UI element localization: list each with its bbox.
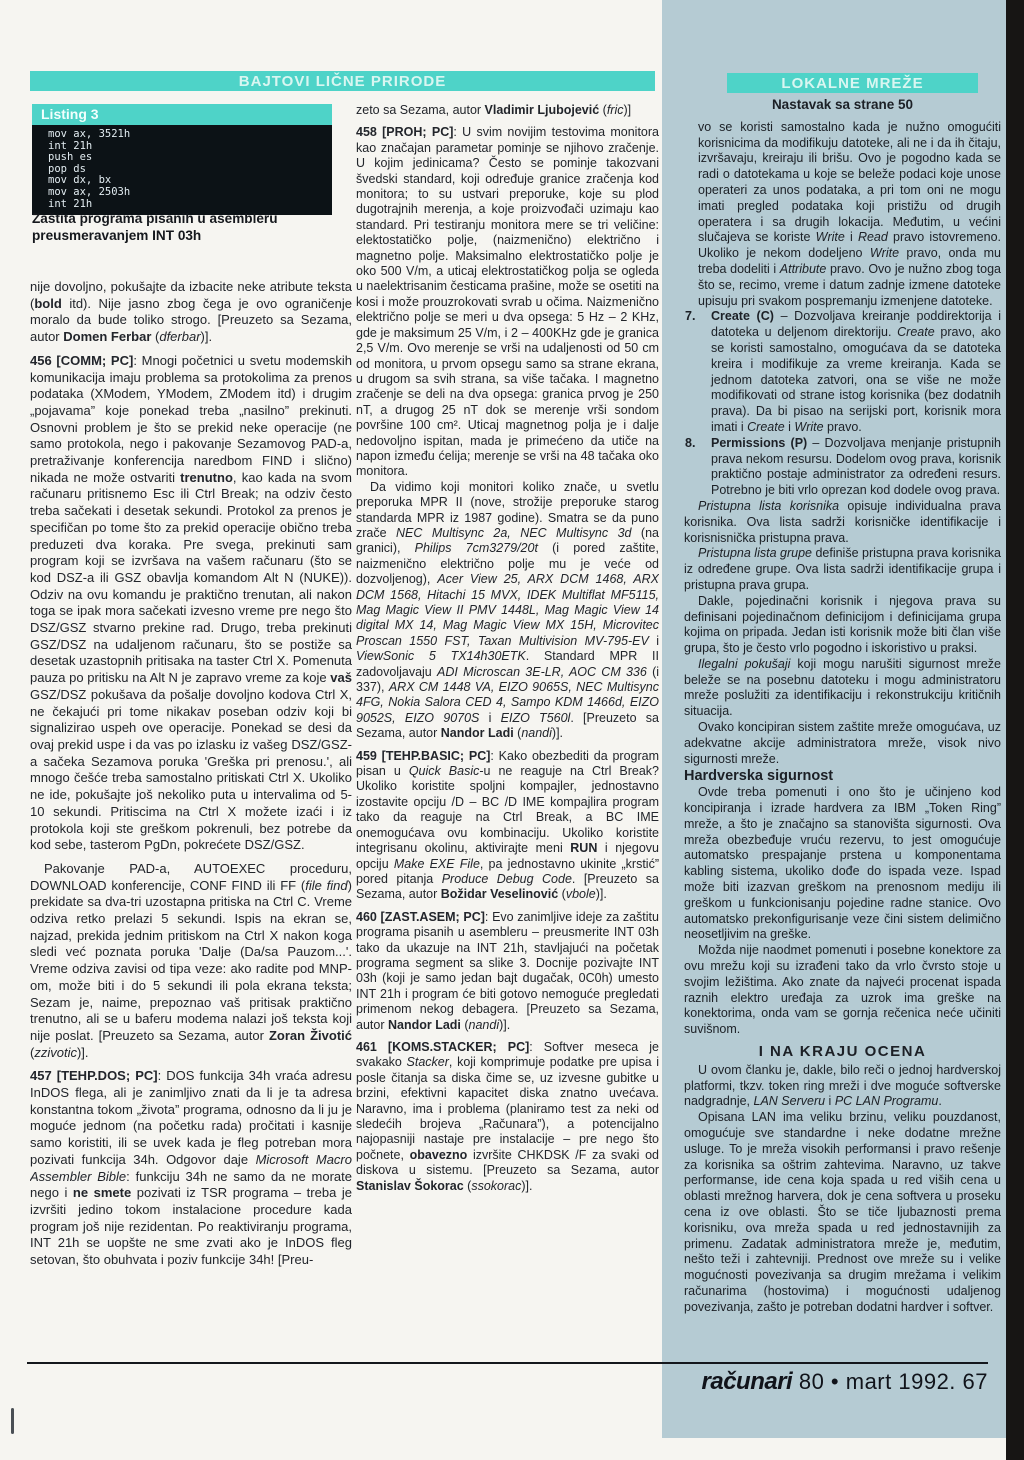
- paragraph: Pristupna lista grupe definiše pristupna…: [684, 546, 1001, 593]
- text-segment: Quick Basic: [409, 764, 480, 778]
- text-segment: )].: [499, 1018, 510, 1032]
- text-segment: , koji komprimuje podatke pre upisa i po…: [356, 1055, 659, 1161]
- text-segment: Domen Ferbar: [63, 329, 151, 344]
- text-segment: Create (C): [711, 309, 774, 323]
- text-segment: Pristupna lista korisnika: [698, 499, 839, 513]
- text-segment: : Evo zanimljive ideje za zaštitu progra…: [356, 910, 659, 1032]
- text-segment: , kao kada na svom računaru pritisnemo E…: [30, 470, 352, 685]
- text-segment: Vladimir Ljubojević: [485, 103, 600, 117]
- text-segment: Write: [794, 420, 823, 434]
- continuation-note: Nastavak sa strane 50: [684, 97, 1001, 113]
- text-segment: 456 [COMM; PC]: [30, 353, 133, 368]
- text-segment: Pristupna lista grupe: [698, 546, 812, 560]
- text-segment: obavezno: [410, 1148, 468, 1162]
- section-header-lokalne-mreze: LOKALNE MREŽE: [727, 73, 978, 93]
- text-segment: i: [479, 711, 500, 725]
- text-segment: Read: [858, 230, 888, 244]
- text-segment: Nandor Ladi: [441, 726, 514, 740]
- text-segment: (: [558, 887, 566, 901]
- column-middle: zeto sa Sezama, autor Vladimir Ljubojevi…: [356, 103, 659, 1359]
- text-segment: Write: [816, 230, 845, 244]
- text-segment: ssokorac: [471, 1179, 521, 1193]
- list-number: 8.: [685, 436, 695, 452]
- paragraph: 459 [TEHP.BASIC; PC]: Kako obezbediti da…: [356, 749, 659, 903]
- paragraph: 461 [KOMS.STACKER; PC]: Softver meseca j…: [356, 1040, 659, 1194]
- text-segment: )].: [201, 329, 213, 344]
- text-segment: Božidar Veselinović: [441, 887, 558, 901]
- text-segment: fric: [607, 103, 624, 117]
- scan-edge: [1006, 0, 1024, 1460]
- paragraph: Ovako koncipiran sistem zaštite mreže om…: [684, 720, 1001, 767]
- text-segment: i: [825, 1094, 835, 1108]
- text-segment: Nastavak sa strane 50: [772, 97, 913, 112]
- text-segment: i: [649, 634, 659, 648]
- text-segment: )].: [596, 887, 607, 901]
- magazine-logo: računari: [702, 1368, 793, 1395]
- text-segment: ) prekidate sa dva-tri uzostapna pritisk…: [30, 878, 352, 1043]
- text-segment: nandi: [521, 726, 552, 740]
- text-segment: ViewSonic 5 TX14h30ETK: [356, 649, 526, 663]
- text-segment: Pakovanje PAD-a, AUTOEXEC proceduru, DOW…: [30, 861, 352, 893]
- text-segment: pravo, ako se koristi samostalno, omoguć…: [711, 325, 1001, 434]
- section-header-bajtovi-label: BAJTOVI LIČNE PRIRODE: [239, 73, 446, 90]
- text-segment: trenutno: [180, 470, 233, 485]
- numbered-item: 8.Permissions (P) – Dozvoljava menjanje …: [684, 436, 1001, 499]
- text-segment: Možda nije naodmet pomenuti i posebne ko…: [684, 943, 1001, 1036]
- paragraph: 457 [TEHP.DOS; PC]: DOS funkcija 34h vra…: [30, 1068, 352, 1268]
- paragraph: Ovde treba pomenuti i ono što je učinjen…: [684, 785, 1001, 943]
- listing-3-box: Listing 3 mov ax, 3521h int 21h push es …: [32, 104, 332, 215]
- magazine-page: BAJTOVI LIČNE PRIRODE LOKALNE MREŽE List…: [0, 0, 1024, 1460]
- text-segment: Dakle, pojedinačni korisnik i njegova pr…: [684, 594, 1001, 655]
- listing-caption: Zaštita programa pisanih u asembleru pre…: [32, 210, 356, 244]
- text-segment: (: [599, 103, 607, 117]
- text-segment: nandi: [469, 1018, 500, 1032]
- paragraph: Opisana LAN ima veliku brzinu, veliku po…: [684, 1110, 1001, 1315]
- paragraph: Ilegalni pokušaji koji mogu narušiti sig…: [684, 657, 1001, 720]
- text-segment: PC LAN Programu: [835, 1094, 939, 1108]
- paragraph: zeto sa Sezama, autor Vladimir Ljubojevi…: [356, 103, 659, 118]
- text-segment: (: [461, 1018, 469, 1032]
- footer-issue-info: 80 • mart 1992. 67: [792, 1369, 988, 1394]
- text-segment: GSZ/DSZ pokušava da pošalje dovoljno kod…: [30, 687, 352, 852]
- scan-mark: [11, 1408, 14, 1434]
- text-segment: ne smete: [73, 1185, 131, 1200]
- text-segment: Attribute: [780, 262, 827, 276]
- text-segment: 457 [TEHP.DOS; PC]: [30, 1068, 158, 1083]
- text-segment: LAN Serveru: [754, 1094, 826, 1108]
- paragraph: vo se koristi samostalno kada je nužno o…: [684, 120, 1001, 310]
- numbered-item: 7.Create (C) – Dozvoljava kreiranje podd…: [684, 309, 1001, 435]
- text-segment: dferbar: [159, 329, 200, 344]
- text-segment: Create: [747, 420, 785, 434]
- paragraph: U ovom članku je, dakle, bilo reči o jed…: [684, 1063, 1001, 1110]
- paragraph: Možda nije naodmet pomenuti i posebne ko…: [684, 943, 1001, 1038]
- paragraph: Pristupna lista korisnika opisuje indivi…: [684, 499, 1001, 546]
- section-header-lokalne-mreze-label: LOKALNE MREŽE: [781, 75, 923, 92]
- paragraph: Da vidimo koji monitori koliko znače, u …: [356, 480, 659, 742]
- section-header-bajtovi: BAJTOVI LIČNE PRIRODE: [30, 71, 655, 91]
- text-segment: Write: [870, 246, 899, 260]
- paragraph: 456 [COMM; PC]: Mnogi početnici u svetu …: [30, 353, 352, 854]
- text-segment: pravo.: [824, 420, 862, 434]
- text-segment: 458 [PROH; PC]: [356, 125, 453, 139]
- text-segment: Nandor Ladi: [388, 1018, 461, 1032]
- text-segment: )]: [623, 103, 631, 117]
- text-segment: Permissions (P): [711, 436, 807, 450]
- text-segment: NEC Multisync 2a, NEC Multisync 3d: [396, 526, 631, 540]
- subheading: Hardverska sigurnost: [684, 769, 1001, 785]
- text-segment: Ilegalni pokušaji: [698, 657, 790, 671]
- text-segment: 459 [TEHP.BASIC; PC]: [356, 749, 490, 763]
- text-segment: Zoran Životić: [269, 1028, 352, 1043]
- text-segment: : U svim novijim testovima monitora kao …: [356, 125, 659, 478]
- text-segment: EIZO T560l: [501, 711, 571, 725]
- subheading: I NA KRAJU OCENA: [684, 1044, 1001, 1060]
- text-segment: RUN: [570, 841, 597, 855]
- text-segment: bold: [34, 296, 61, 311]
- text-segment: i: [845, 230, 858, 244]
- paragraph: Pakovanje PAD-a, AUTOEXEC proceduru, DOW…: [30, 861, 352, 1061]
- text-segment: Produce Debug Code: [442, 872, 572, 886]
- text-segment: )].: [521, 1179, 532, 1193]
- text-segment: vo se koristi samostalno kada je nužno o…: [698, 120, 1001, 245]
- text-segment: file find: [305, 878, 347, 893]
- paragraph: nije dovoljno, pokušajte da izbacite nek…: [30, 279, 352, 346]
- paragraph: 458 [PROH; PC]: U svim novijim testovima…: [356, 125, 659, 479]
- text-segment: )].: [552, 726, 563, 740]
- text-segment: 461 [KOMS.STACKER; PC]: [356, 1040, 529, 1054]
- text-segment: Philips 7cm3279/20t: [415, 541, 538, 555]
- text-segment: : Mnogi početnici u svetu modemskih komu…: [30, 353, 352, 485]
- text-segment: Stacker: [407, 1055, 449, 1069]
- paragraph: Dakle, pojedinačni korisnik i njegova pr…: [684, 594, 1001, 657]
- text-segment: Stanislav Šokorac: [356, 1179, 464, 1193]
- listing-code: mov ax, 3521h int 21h push es pop ds mov…: [32, 125, 332, 215]
- text-segment: zzivotic: [34, 1045, 77, 1060]
- text-segment: Ovako koncipiran sistem zaštite mreže om…: [684, 720, 1001, 766]
- text-segment: )].: [77, 1045, 89, 1060]
- text-segment: Hardverska sigurnost: [684, 768, 833, 784]
- text-segment: Make EXE File: [394, 857, 480, 871]
- text-segment: zeto sa Sezama, autor: [356, 103, 485, 117]
- footer-rule: [27, 1362, 988, 1364]
- text-segment: Ovde treba pomenuti i ono što je učinjen…: [684, 785, 1001, 941]
- text-segment: Opisana LAN ima veliku brzinu, veliku po…: [684, 1110, 1001, 1314]
- text-segment: .: [938, 1094, 941, 1108]
- text-segment: i: [785, 420, 795, 434]
- column-right: Nastavak sa strane 50vo se koristi samos…: [684, 97, 1001, 1358]
- paragraph: 460 [ZAST.ASEM; PC]: Evo zanimljive idej…: [356, 910, 659, 1033]
- list-number: 7.: [685, 309, 695, 325]
- page-footer: računari 80 • mart 1992. 67: [702, 1368, 988, 1396]
- text-segment: ADI Microscan 3E-LR, AOC CM 336: [437, 665, 647, 679]
- text-segment: vbole: [566, 887, 596, 901]
- column-left: nije dovoljno, pokušajte da izbacite nek…: [30, 279, 352, 1359]
- text-segment: 460 [ZAST.ASEM; PC]: [356, 910, 485, 924]
- text-segment: vaš: [330, 670, 352, 685]
- listing-title: Listing 3: [32, 104, 332, 125]
- text-segment: I NA KRAJU OCENA: [759, 1043, 927, 1060]
- text-segment: Create: [897, 325, 935, 339]
